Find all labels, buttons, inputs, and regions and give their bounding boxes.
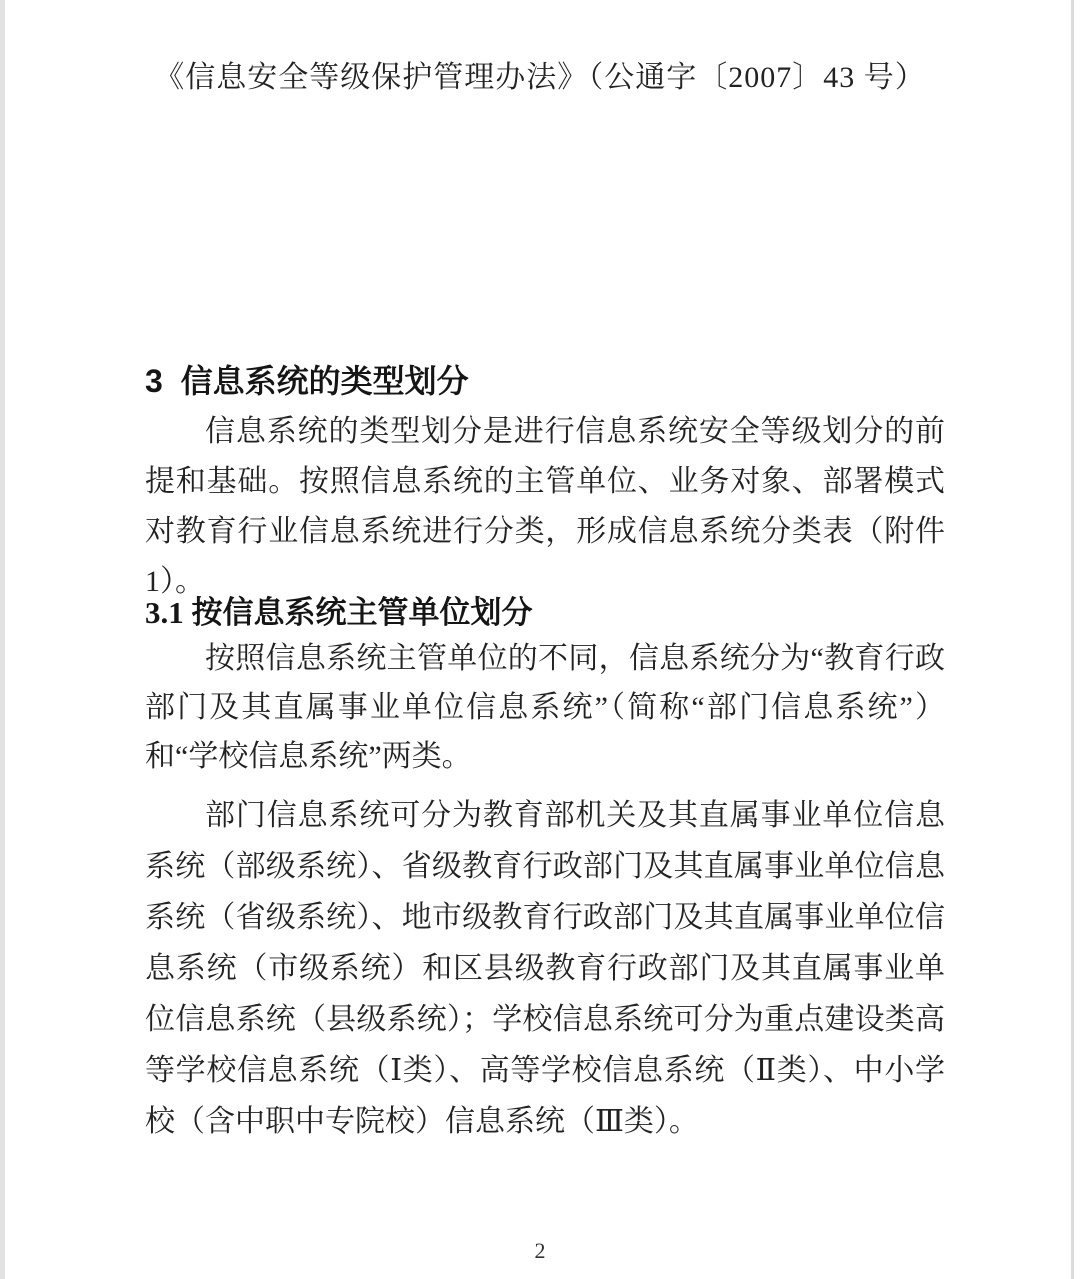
page-number: 2 (0, 1238, 1080, 1264)
section-3-paragraph: 信息系统的类型划分是进行信息系统安全等级划分的前提和基础。按照信息系统的主管单位… (145, 407, 945, 607)
section-3-1-paragraph-2: 部门信息系统可分为教育部机关及其直属事业单位信息系统（部级系统）、省级教育行政部… (145, 790, 945, 1147)
document-page: 《信息安全等级保护管理办法》（公通字〔2007〕43 号） 3 信息系统的类型划… (0, 0, 1080, 1279)
scan-edge-right (1071, 0, 1074, 1279)
section-3-1-paragraph-1: 按照信息系统主管单位的不同，信息系统分为“教育行政部门及其直属事业单位信息系统”… (145, 634, 945, 781)
scan-edge-left (0, 0, 5, 1279)
section-3-heading: 3 信息系统的类型划分 (145, 356, 469, 402)
document-header-citation: 《信息安全等级保护管理办法》（公通字〔2007〕43 号） (0, 52, 1080, 96)
section-3-1-heading: 3.1 按信息系统主管单位划分 (145, 587, 533, 632)
